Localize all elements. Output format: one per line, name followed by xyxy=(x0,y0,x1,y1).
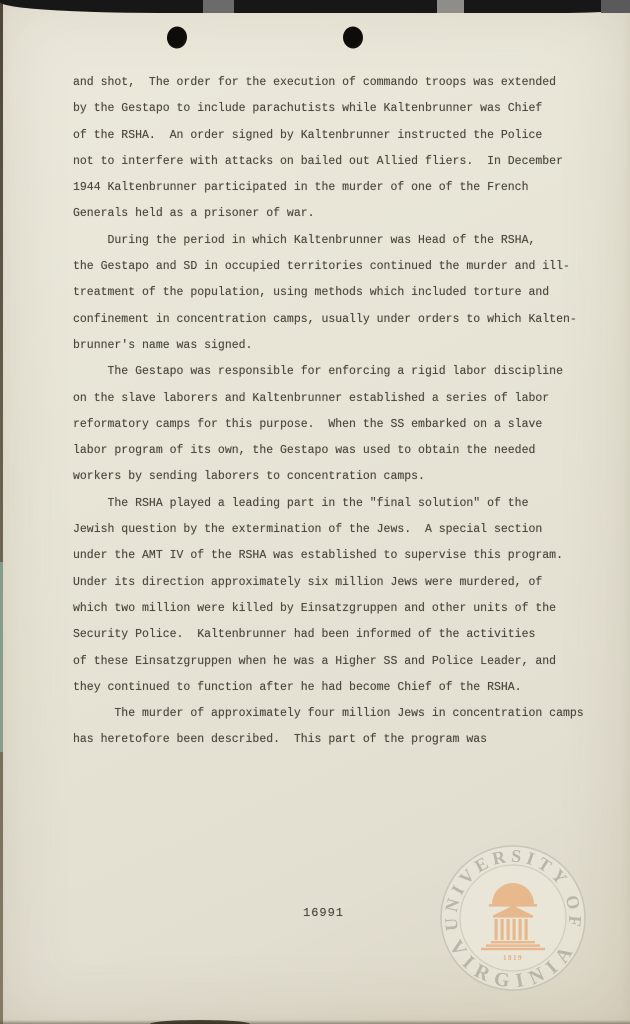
stamp-year-text: 1819 xyxy=(503,954,523,962)
paper-left-edge xyxy=(0,0,3,1024)
punch-hole-left-icon xyxy=(166,25,189,50)
text-line: The murder of approximately four million… xyxy=(73,701,593,727)
text-line: under the AMT IV of the RSHA was establi… xyxy=(73,543,593,569)
text-line: Security Police. Kaltenbrunner had been … xyxy=(73,622,593,648)
text-line: which two million were killed by Einsatz… xyxy=(73,596,593,622)
text-line: and shot, The order for the execution of… xyxy=(73,70,593,96)
text-line: of the RSHA. An order signed by Kaltenbr… xyxy=(73,123,593,149)
text-line: The Gestapo was responsible for enforcin… xyxy=(73,359,593,385)
scanned-document-page: and shot, The order for the execution of… xyxy=(0,0,630,1024)
text-line: brunner's name was signed. xyxy=(73,333,593,359)
text-line: workers by sending laborers to concentra… xyxy=(73,464,593,490)
underlying-sheet-sliver xyxy=(0,562,3,752)
text-line: Jewish question by the extermination of … xyxy=(73,517,593,543)
punch-hole-right-icon xyxy=(342,26,363,49)
text-line: on the slave laborers and Kaltenbrunner … xyxy=(73,386,593,412)
typewritten-text-block: and shot, The order for the execution of… xyxy=(73,70,593,754)
text-line: Under its direction approximately six mi… xyxy=(73,570,593,596)
text-line: not to interfere with attacks on bailed … xyxy=(73,149,593,175)
text-line: treatment of the population, using metho… xyxy=(73,280,593,306)
scanner-background-band xyxy=(0,0,630,13)
text-line: confinement in concentration camps, usua… xyxy=(73,307,593,333)
text-line: The RSHA played a leading part in the "f… xyxy=(73,491,593,517)
band-segment xyxy=(203,0,234,13)
paper-bottom-smudge xyxy=(150,1020,250,1024)
text-line: 1944 Kaltenbrunner participated in the m… xyxy=(73,175,593,201)
band-segment xyxy=(601,0,630,13)
text-line: the Gestapo and SD in occupied territori… xyxy=(73,254,593,280)
text-line: During the period in which Kaltenbrunner… xyxy=(73,228,593,254)
text-line: has heretofore been described. This part… xyxy=(73,727,593,753)
text-line: labor program of its own, the Gestapo wa… xyxy=(73,438,593,464)
paper-bottom-shadow xyxy=(0,1020,630,1024)
band-segment xyxy=(437,0,464,13)
text-line: of these Einsatzgruppen when he was a Hi… xyxy=(73,649,593,675)
text-line: Generals held as a prisoner of war. xyxy=(73,201,593,227)
text-line: reformatory camps for this purpose. When… xyxy=(73,412,593,438)
text-line: by the Gestapo to include parachutists w… xyxy=(73,96,593,122)
page-number: 16991 xyxy=(303,906,344,920)
text-line: they continued to function after he had … xyxy=(73,675,593,701)
university-of-virginia-stamp-icon: UNIVERSITY OF VIRGINIA 1819 xyxy=(433,838,593,998)
